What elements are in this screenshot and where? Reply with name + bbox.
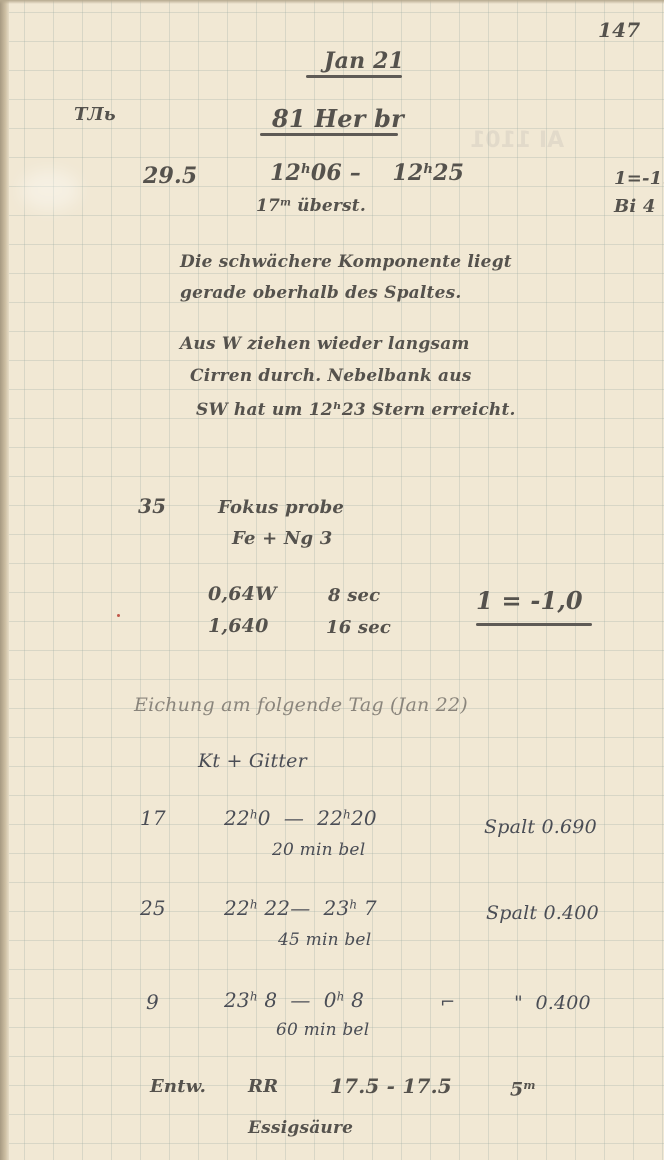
run-number: 25 bbox=[140, 896, 166, 920]
notebook-page: AI 1101 147 Jan 21 ТЛь 81 Her br 29.5 12… bbox=[0, 0, 664, 1160]
remark-line: Cirren durch. Nebelbank aus bbox=[190, 366, 472, 386]
run-slit: Spalt 0.690 bbox=[484, 816, 597, 838]
right-note-2: Bi 4 bbox=[614, 196, 656, 217]
development-label: Entw. bbox=[150, 1076, 206, 1097]
right-note-1: 1=-1. bbox=[614, 168, 664, 189]
focus-time: 8 sec bbox=[328, 585, 380, 606]
focus-result: 1 = -1,0 bbox=[476, 586, 583, 615]
run-note: 60 min bel bbox=[276, 1020, 369, 1040]
run-note: 45 min bel bbox=[278, 930, 371, 950]
remark-line: Aus W ziehen wieder langsam bbox=[180, 334, 470, 354]
run-time-range: 23h 8 — 0h 8 bbox=[224, 988, 364, 1012]
focus-time: 16 sec bbox=[326, 617, 391, 638]
margin-label: ТЛь bbox=[74, 104, 116, 125]
exposure-number: 29.5 bbox=[143, 163, 197, 189]
page-number: 147 bbox=[598, 18, 640, 42]
page-binding-edge bbox=[0, 0, 9, 1160]
date-heading: Jan 21 bbox=[324, 48, 404, 74]
run-number: 17 bbox=[140, 806, 166, 830]
focus-value: 0,64W bbox=[208, 583, 277, 605]
focus-value: 1,640 bbox=[208, 615, 269, 637]
exposure-duration: 17m überst. bbox=[256, 196, 366, 216]
focus-test-subtitle: Fe + Ng 3 bbox=[232, 528, 333, 549]
exposure-time-range: 12h06 – 12h25 bbox=[270, 160, 464, 186]
run-slit: Spalt 0.400 bbox=[486, 902, 599, 924]
remark-line: Die schwächere Komponente liegt bbox=[180, 252, 512, 272]
remark-line: SW hat um 12ʰ23 Stern erreicht. bbox=[196, 400, 516, 420]
run-note: 20 min bel bbox=[272, 840, 365, 860]
calibration-heading: Eichung am folgende Tag (Jan 22) bbox=[134, 694, 468, 716]
development-duration: 5m bbox=[510, 1078, 536, 1100]
object-title: 81 Her br bbox=[272, 104, 404, 133]
bleed-through-text: AI 1101 bbox=[470, 128, 564, 153]
paper-stain bbox=[20, 170, 80, 210]
date-underline bbox=[306, 75, 402, 78]
temperature-range: 17.5 - 17.5 bbox=[330, 1074, 452, 1098]
focus-test-title: Fokus probe bbox=[218, 497, 344, 518]
run-time-range: 22h0 — 22h20 bbox=[224, 806, 377, 830]
page-top-edge bbox=[0, 0, 664, 4]
developer-name: RR bbox=[248, 1076, 278, 1097]
title-underline bbox=[260, 133, 398, 136]
calibration-setup: Kt + Gitter bbox=[198, 750, 307, 772]
remark-line: gerade oberhalb des Spaltes. bbox=[180, 283, 462, 303]
focus-exposure-number: 35 bbox=[138, 494, 166, 518]
focus-result-underline bbox=[476, 623, 592, 626]
fixer-note: Essigsäure bbox=[248, 1118, 353, 1138]
run-number: 9 bbox=[146, 990, 159, 1014]
run-slit: " 0.400 bbox=[514, 992, 591, 1014]
red-mark bbox=[117, 614, 120, 617]
tick-mark: ⌐ bbox=[440, 992, 455, 1013]
run-time-range: 22h 22— 23h 7 bbox=[224, 896, 377, 920]
